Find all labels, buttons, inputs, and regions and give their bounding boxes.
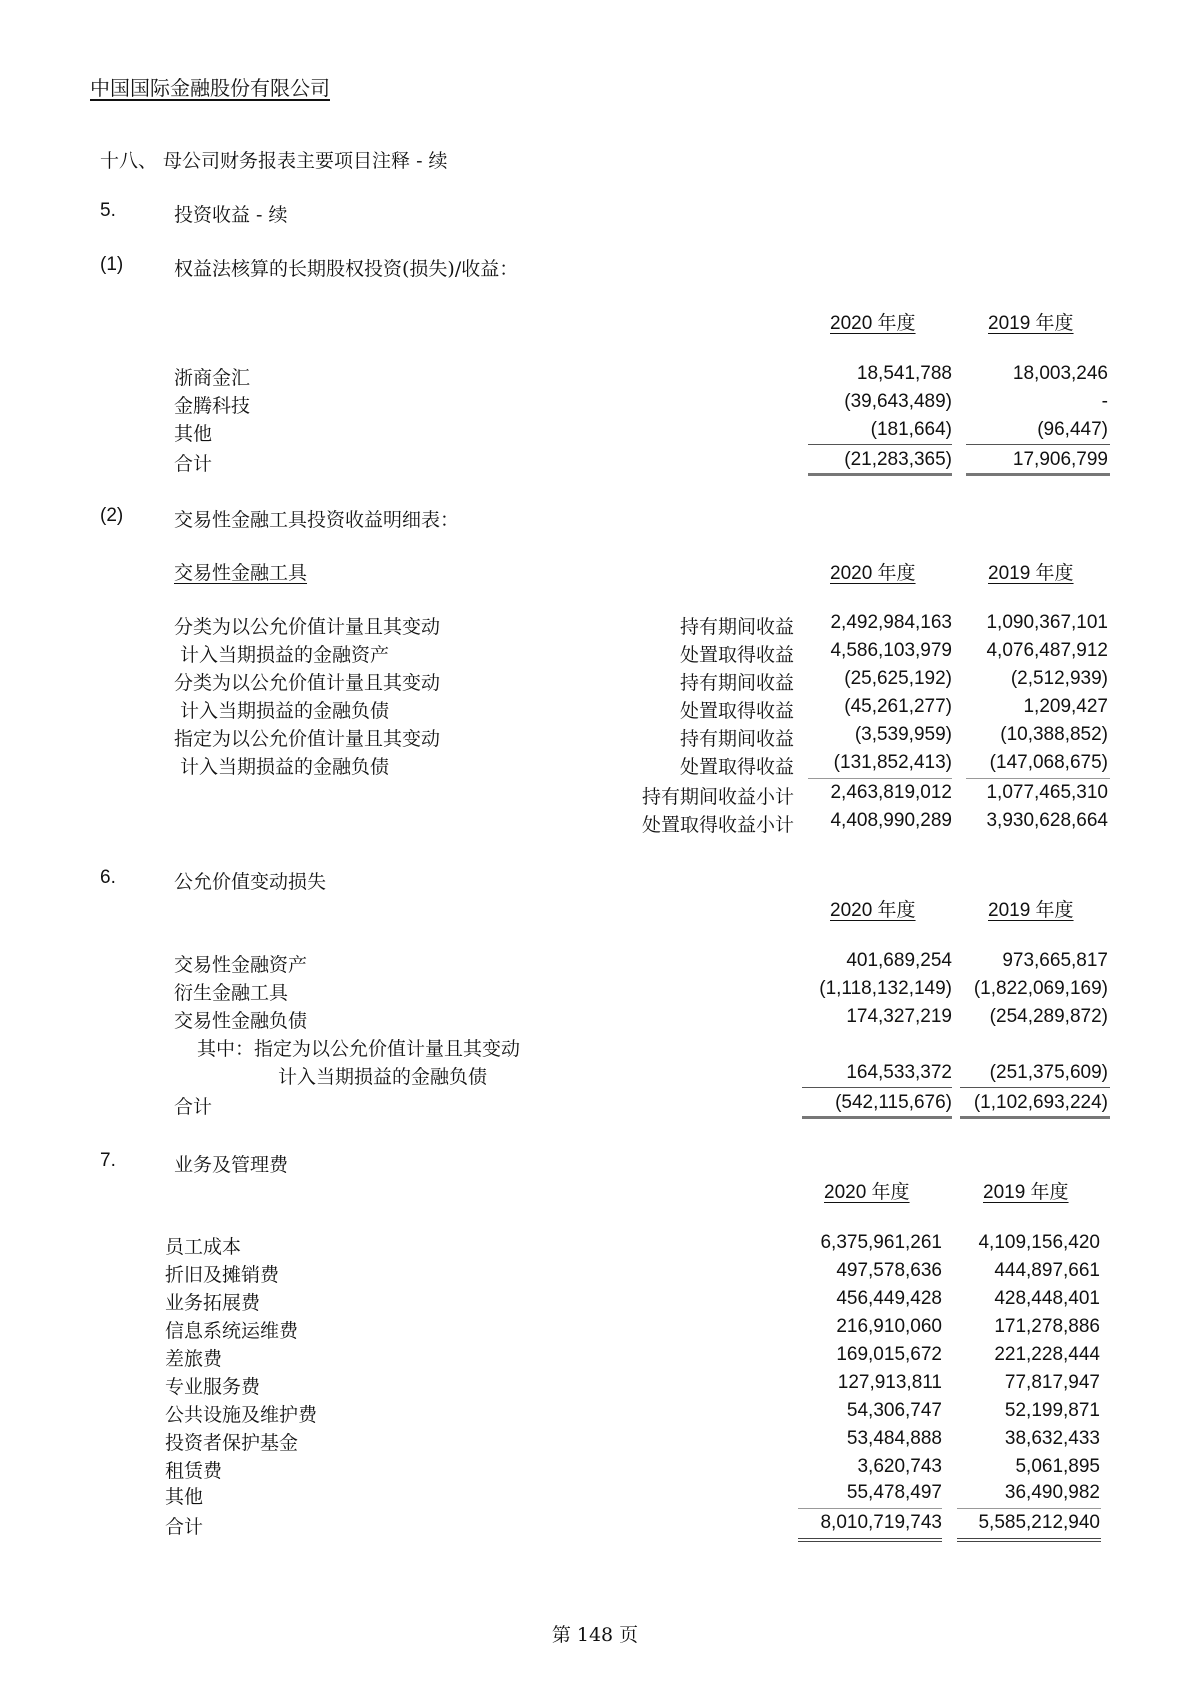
row-label: 其他 [174,419,212,446]
value-2020: 55,478,497 [750,1482,942,1504]
value-2020: 174,327,219 [760,1006,952,1028]
subtotal-rule [960,1087,1110,1088]
note-5-number: 5. [100,200,116,222]
value-2019: (1,822,069,169) [930,978,1108,1000]
total-2020: 8,010,719,743 [750,1512,942,1534]
row-label: 投资者保护基金 [165,1428,298,1455]
note-5-1-title: 权益法核算的长期股权投资(损失)/收益： [174,254,518,281]
value-2019: 18,003,246 [930,363,1108,385]
col-2019-header: 2019 年度 [988,895,1074,922]
row-label: 租赁费 [165,1456,222,1483]
row-label: 专业服务费 [165,1372,260,1399]
subtotal-2019: 1,077,465,310 [930,782,1108,804]
value-2020: (39,643,489) [760,391,952,413]
value-2019: (10,388,852) [930,724,1108,746]
subtotal-2019: 3,930,628,664 [930,810,1108,832]
row-label: 交易性金融负债 [174,1006,307,1033]
value-2020: (3,539,959) [760,724,952,746]
total-2020: (21,283,365) [760,449,952,471]
row-label: 分类为以公允价值计量且其变动 [174,612,440,639]
double-total-rule [957,1538,1101,1542]
note-6-number: 6. [100,867,116,889]
value-2019: 52,199,871 [920,1400,1100,1422]
value-2019: 428,448,401 [920,1288,1100,1310]
value-2019: 973,665,817 [930,950,1108,972]
value-2019: 4,109,156,420 [920,1232,1100,1254]
value-2019: (2,512,939) [930,668,1108,690]
total-2019: 17,906,799 [930,449,1108,471]
trading-instruments-header: 交易性金融工具 [174,558,307,585]
value-2019: - [930,391,1108,413]
value-2020: (1,118,132,149) [760,978,952,1000]
row-label: 计入当期损益的金融负债 [278,1062,487,1089]
value-2019: 38,632,433 [920,1428,1100,1450]
value-2019: (96,447) [930,419,1108,441]
note-7-title: 业务及管理费 [174,1150,288,1177]
total-label: 合计 [165,1512,203,1539]
value-2019: 1,090,367,101 [930,612,1108,634]
double-total-rule [798,1538,942,1542]
subtotal-rule [808,444,952,445]
col-2020-header: 2020 年度 [830,895,916,922]
row-label: 折旧及摊销费 [165,1260,279,1287]
value-2020: 216,910,060 [750,1316,942,1338]
value-2019: (251,375,609) [930,1062,1108,1084]
value-2020: 3,620,743 [750,1456,942,1478]
value-2020: 18,541,788 [760,363,952,385]
value-2019: 36,490,982 [920,1482,1100,1504]
subtotal-rule [802,1087,952,1088]
row-label: 计入当期损益的金融资产 [180,640,389,667]
value-2020: 164,533,372 [760,1062,952,1084]
total-rule [802,1116,952,1119]
row-label: 金腾科技 [174,391,250,418]
subtotal-rule [798,1508,942,1509]
col-2019-header: 2019 年度 [988,558,1074,585]
note-5-1-number: (1) [100,254,123,276]
subtotal-rule [957,1508,1101,1509]
page-number: 第 148 页 [0,1620,1190,1647]
value-2020: 127,913,811 [750,1372,942,1394]
row-label: 指定为以公允价值计量且其变动 [174,724,440,751]
col-2020-header: 2020 年度 [830,558,916,585]
col-2019-header: 2019 年度 [988,308,1074,335]
value-2019: 444,897,661 [920,1260,1100,1282]
row-label: 分类为以公允价值计量且其变动 [174,668,440,695]
value-2019: 221,228,444 [920,1344,1100,1366]
note-5-title: 投资收益 - 续 [174,200,288,227]
total-2020: (542,115,676) [760,1092,952,1114]
value-2020: 53,484,888 [750,1428,942,1450]
subtotal-rule [966,444,1110,445]
value-2020: 401,689,254 [760,950,952,972]
value-2020: (25,625,192) [760,668,952,690]
subtotal-rule [808,778,952,779]
row-label: 其中：指定为以公允价值计量且其变动 [197,1034,520,1061]
value-2020: 2,492,984,163 [760,612,952,634]
total-rule [960,1116,1110,1119]
value-2019: 77,817,947 [920,1372,1100,1394]
value-2020: (45,261,277) [760,696,952,718]
col-2020-header: 2020 年度 [824,1177,910,1204]
subtotal-label: 持有期间收益小计 [560,782,794,809]
col-2019-header: 2019 年度 [983,1177,1069,1204]
value-2019: (254,289,872) [930,1006,1108,1028]
row-label: 差旅费 [165,1344,222,1371]
subtotal-2020: 4,408,990,289 [760,810,952,832]
section-title: 十八、 母公司财务报表主要项目注释 - 续 [100,146,448,173]
row-label: 浙商金汇 [174,363,250,390]
row-label: 业务拓展费 [165,1288,260,1315]
subtotal-2020: 2,463,819,012 [760,782,952,804]
total-rule [966,473,1110,476]
value-2020: 169,015,672 [750,1344,942,1366]
row-label: 信息系统运维费 [165,1316,298,1343]
note-5-2-title: 交易性金融工具投资收益明细表： [174,505,459,532]
value-2020: 54,306,747 [750,1400,942,1422]
value-2019: 1,209,427 [930,696,1108,718]
value-2020: 497,578,636 [750,1260,942,1282]
row-label: 公共设施及维护费 [165,1400,317,1427]
value-2019: (147,068,675) [930,752,1108,774]
value-2019: 171,278,886 [920,1316,1100,1338]
subtotal-label: 处置取得收益小计 [560,810,794,837]
company-name: 中国国际金融股份有限公司 [90,72,330,101]
value-2020: 4,586,103,979 [760,640,952,662]
value-2019: 5,061,895 [920,1456,1100,1478]
row-label: 衍生金融工具 [174,978,288,1005]
total-2019: 5,585,212,940 [920,1512,1100,1534]
value-2020: 6,375,961,261 [750,1232,942,1254]
value-2020: (181,664) [760,419,952,441]
total-label: 合计 [174,449,212,476]
subtotal-rule [966,778,1110,779]
row-label: 计入当期损益的金融负债 [180,696,389,723]
col-2020-header: 2020 年度 [830,308,916,335]
note-5-2-number: (2) [100,505,123,527]
row-label: 计入当期损益的金融负债 [180,752,389,779]
row-label: 交易性金融资产 [174,950,307,977]
total-2019: (1,102,693,224) [930,1092,1108,1114]
value-2019: 4,076,487,912 [930,640,1108,662]
note-6-title: 公允价值变动损失 [174,867,326,894]
note-7-number: 7. [100,1150,116,1172]
value-2020: (131,852,413) [760,752,952,774]
total-label: 合计 [174,1092,212,1119]
value-2020: 456,449,428 [750,1288,942,1310]
row-label: 其他 [165,1482,203,1509]
row-label: 员工成本 [165,1232,241,1259]
total-rule [808,473,952,476]
